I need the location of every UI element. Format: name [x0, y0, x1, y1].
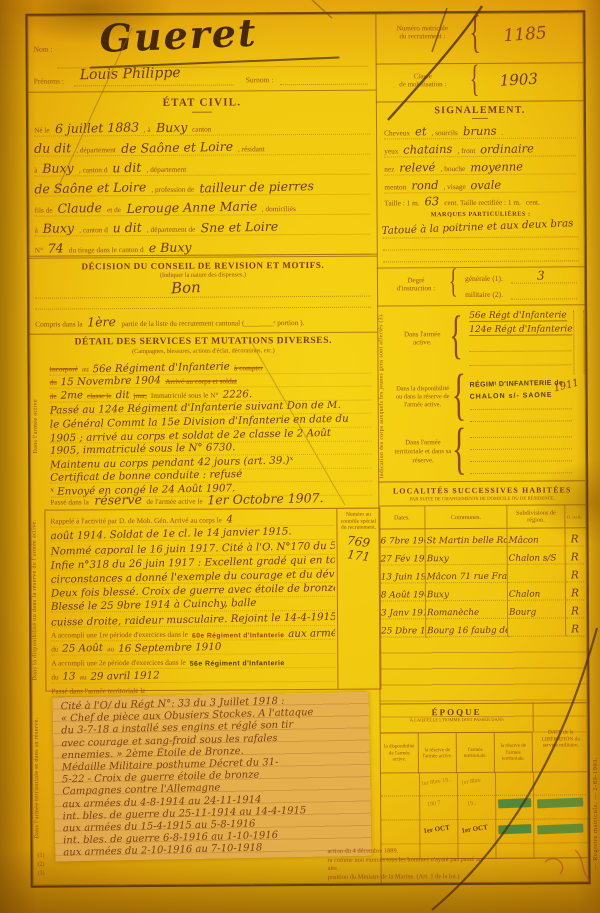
localites-row: 6 7bre 1908 St Martin belle Roche Mâcon … [379, 528, 585, 547]
details-title: DÉTAIL DES SERVICES ET MUTATIONS DIVERSE… [29, 336, 377, 348]
etat-civil-lines: Né le6 juillet 1883, àBuxycantondu dit, … [34, 115, 371, 257]
epoque-grid-h2 [381, 818, 587, 820]
text-segment: Certificat de bonne conduite : refusé [50, 468, 242, 484]
text-segment: de Saône et Loire [34, 179, 146, 196]
text-line: Cheveuxet, sourcilsbruns. [384, 120, 576, 139]
localites-row: 3 Janv 1913 Romanèche Bourg R [380, 600, 586, 619]
text-segment: fils de [35, 206, 53, 216]
surnom-rule [280, 84, 368, 86]
scanned-document-photo: Nom : Gueret Prénoms : Louis Philippe Su… [0, 0, 600, 913]
text-segment: Incorporé [49, 364, 77, 374]
text-segment: , département [76, 145, 116, 155]
text-segment: du [50, 378, 57, 388]
text-segment: à compter [234, 363, 263, 373]
pasted-citation-note: Cité à l'O/ du Régt N°: 33 du 3 Juillet … [53, 692, 372, 862]
localites-col-dr: D. ou R. [565, 505, 583, 527]
degre-divider [377, 304, 585, 306]
text-segment: 25 Août [62, 642, 103, 655]
text-segment: du dit [34, 140, 71, 156]
text-segment: aux armées le 2-10-1916 [288, 625, 335, 639]
text-segment: au [107, 644, 114, 654]
text-line: fils deClaudeet deLerouge Anne Marie, do… [34, 195, 370, 217]
text-segment: partie de la liste du recrutement canton… [121, 318, 304, 329]
text-segment: Blessé le 25 9bre 1914 à Cuinchy, balle [51, 597, 257, 613]
text-segment: et de [107, 205, 121, 215]
text-line: de Saône et Loire, profession detailleur… [34, 175, 370, 197]
text-segment: au [80, 673, 87, 683]
localite-domicile-residence: R [571, 605, 579, 617]
marques-rule-2 [383, 248, 579, 250]
text-segment: 29 avril 1912 [91, 670, 161, 683]
corps-terr-rule-1 [470, 436, 572, 438]
epoque-stamp: 1er 8bre [461, 778, 481, 787]
localites-title: LOCALITÉS SUCCESSIVES HABITÉES [379, 485, 585, 495]
text-segment: au [82, 364, 89, 374]
epoque-col-2: la réserve de l'armée active. [419, 733, 457, 773]
green-mark [498, 798, 531, 808]
active-army-side-label: Dans l'armée active [32, 368, 45, 486]
text-segment: tailleur de pierres [199, 178, 314, 195]
numero-matricule-value: 1185 [503, 23, 548, 46]
text-segment: u dit [113, 220, 142, 236]
decision-rule-1 [35, 296, 371, 299]
localite-date: 8 Août 1909 [381, 590, 426, 600]
text-line: Né le6 juillet 1883, àBuxycanton [34, 115, 370, 137]
corps-active-value-2: 124e Régt d'Infanterie [469, 324, 572, 336]
text-segment: 6 juillet 1883 [55, 119, 139, 136]
right-column: Numéro matricule du recrutement : { 1185… [375, 12, 588, 883]
corps-active-brace: { [449, 307, 463, 368]
prenoms-value: Louis Philippe [80, 65, 181, 83]
epoque-stamp: 1er OCT [423, 823, 450, 835]
marques-rule-3 [383, 260, 579, 262]
text-segment: 1ère [88, 314, 117, 330]
prenoms-rule [74, 84, 234, 86]
corps-active-value-1: 56e Régt d'Infanterie [469, 310, 567, 322]
corps-terr-label: Dans l'armée territoriale et dans sa rés… [394, 439, 452, 466]
etat-civil-title: ÉTAT CIVIL. [28, 96, 376, 110]
text-segment: canton [192, 125, 212, 135]
text-segment: yeux [384, 146, 398, 156]
text-segment: Passé dans la [50, 497, 89, 507]
registre-margin-text: — Registre matricule. — 2-89-1903. [592, 660, 599, 870]
localites-col-dates: Dates. [379, 506, 425, 528]
matricule-sheet: Nom : Gueret Prénoms : Louis Philippe Su… [25, 10, 590, 887]
text-segment: 1905, immatriculé sous le N° 6730. [50, 441, 236, 456]
text-segment: Cheveux [384, 128, 410, 138]
text-segment: 63 [425, 194, 440, 208]
controle-special-column: Numéro au contrôle spécial du recrutemen… [336, 509, 380, 689]
localite-commune: Buxy [427, 590, 449, 600]
text-line: yeuxchatains, frontordinaire [384, 138, 576, 157]
text-line: Taille : 1 m.63cent. Taille rectifiée : … [384, 190, 576, 208]
localites-subtitle: PAR SUITE DE CHANGEMENTS DE DOMICILE OU … [379, 496, 585, 502]
text-segment: moyenne [470, 159, 523, 174]
degre-generale-label: générale (1). [465, 275, 503, 283]
text-segment: du [51, 673, 58, 683]
taille-line: Taille : 1 m.63cent. Taille rectifiée : … [384, 190, 576, 208]
localite-domicile-residence: R [571, 533, 579, 545]
footnote-marker: (3) [38, 870, 45, 879]
left-column: Nom : Gueret Prénoms : Louis Philippe Su… [27, 14, 381, 886]
classe-value: 1903 [499, 70, 538, 90]
marques-value: Tatoué à la poitrine et aux deux bras [381, 217, 581, 237]
text-line: àBuxy, canton du dit, département [34, 155, 370, 177]
chalon-stamp-line-1: RÉGIMᵗ D'INFANTERIE de [470, 380, 564, 389]
text-segment: de Saône et Loire [121, 139, 233, 156]
corps-terr-brace: { [452, 418, 467, 483]
nom-label: Nom : [34, 46, 53, 54]
text-segment: nez [384, 164, 394, 174]
localite-domicile-residence: R [571, 551, 579, 563]
section-divider-2 [29, 332, 377, 335]
text-segment: classe le [87, 391, 112, 401]
degre-militaire-label: militaire (2). [465, 291, 503, 299]
classe-label-2: de mobilisation : [399, 80, 446, 88]
epoque-col-3: l'armée territoriale. [457, 733, 495, 773]
text-segment: , à [144, 125, 151, 135]
text-segment: , domiciliés [262, 204, 296, 214]
controle-special-label: Numéro au contrôle spécial du recrutemen… [337, 509, 379, 535]
degre-militaire-rule [511, 298, 577, 299]
text-segment: 60e Régiment d'Infanterie [192, 632, 284, 640]
localites-row: 8 Août 1909 Buxy Chalon R [380, 582, 586, 601]
epoque-stamp: 190 7 [427, 800, 441, 808]
corps-side-label: Indication des corps auxquels les jeunes… [378, 309, 391, 481]
decision-subtitle: (Indiquer la nature des dispenses.) [29, 271, 377, 280]
text-segment: relevé [399, 160, 435, 175]
classe-label: Classe de mobilisation : [380, 73, 466, 89]
text-segment: août 1914. Soldat de 1e cl. le 14 janvie… [50, 526, 291, 542]
details-subtitle: (Campagnes, blessures, actions d'éclat, … [29, 347, 377, 356]
localites-row: 27 Fév 1909 Buxy Chalon s/S R [380, 546, 586, 565]
localite-domicile-residence: R [571, 569, 579, 581]
signalement-rows: Cheveuxet, sourcilsbruns.yeuxchatains, f… [384, 120, 576, 193]
text-segment: Lerouge Anne Marie [126, 198, 257, 216]
text-segment: 13 [63, 671, 76, 683]
epoque-stamp: 1er 8bre 19.. [421, 777, 452, 787]
green-mark [537, 798, 583, 809]
epoque-date-header: DATE de la LIBÉRATION du service militai… [533, 703, 589, 775]
localite-subdivision: Bourg [509, 608, 536, 618]
footnote-markers: (1)(2)(3) [37, 852, 44, 879]
text-segment: 4 [226, 514, 233, 526]
service-block-2: Rappelé à l'activité par D. de Mob. Gén.… [50, 512, 335, 698]
text-segment: , département de [147, 225, 195, 235]
corps-terr-rule-4 [470, 472, 572, 474]
text-segment: Taille : 1 m. [384, 198, 419, 208]
text-segment: 56e Régiment d'Infanterie [190, 660, 285, 668]
localite-commune: Romanèche [427, 608, 479, 618]
text-segment: Compris dans la [35, 319, 82, 329]
text-segment: , front [458, 146, 476, 156]
text-segment: 74 [48, 240, 64, 255]
signalement-dash [472, 118, 488, 119]
text-segment: du [51, 644, 58, 654]
territoriale-side-label: Dans l'armée territoriale et dans sa rés… [34, 708, 47, 848]
text-segment: 15 Novembre 1904 [61, 374, 162, 388]
text-segment: 1er Octobre 1907. [208, 490, 325, 507]
sig-divider [377, 266, 585, 268]
numero-matricule-label: Numéro matricule du recrutement : [379, 25, 465, 41]
text-segment: Arrivé au corps et soldat [165, 377, 237, 387]
corps-dispo-rule-2 [470, 420, 572, 422]
text-segment: de l'armée active le [146, 497, 202, 507]
text-segment: et [415, 124, 427, 138]
localite-commune: Bourg 16 faubg de Mâcon [427, 626, 508, 637]
footnote-fragment: position du Ministre de la Marine. (Art.… [328, 872, 578, 882]
localite-commune: Mâcon 71 rue Franche [427, 572, 508, 583]
numero-matricule-box: Numéro matricule du recrutement : { 1185 [375, 12, 583, 64]
text-segment: à [34, 166, 37, 176]
epoque-stamp: 1er OCT [461, 823, 488, 835]
epoque-grid-h3 [381, 842, 587, 844]
localite-domicile-residence: R [571, 587, 579, 599]
text-segment: 56e Régiment d'Infanterie [93, 360, 231, 375]
text-segment: Rappelé à l'activité par D. de Mob. Gén.… [50, 516, 222, 527]
corps-terr-rule-3 [470, 460, 572, 462]
prenoms-label: Prénoms : [34, 77, 64, 85]
localites-row: 25 Dbre 1913 Bourg 16 faubg de Mâcon R [380, 618, 586, 637]
text-segment: du tirage dans le canton d [69, 245, 144, 255]
classe-mobilisation-box: Classe de mobilisation : { 1903 [376, 62, 584, 102]
decision-value: Bon [171, 278, 201, 297]
corps-terr-rule-2 [470, 448, 572, 450]
text-line: nezrelevé, bouchemoyenne [384, 156, 576, 175]
marques-rule-1 [383, 236, 579, 238]
localites-col-subdiv: Subdivisions de région. [507, 505, 565, 527]
note-lines: Cité à l'O/ du Régt N°: 33 du 3 Juillet … [61, 695, 372, 859]
localite-domicile-residence: R [571, 623, 579, 635]
repertoire-strip [573, 310, 584, 374]
text-segment: bruns [463, 124, 497, 139]
footnote-marker: (2) [38, 861, 45, 870]
localite-subdivision: Chalon [509, 590, 540, 600]
text-line: Compris dans la1èrepartie de la liste du… [35, 312, 371, 330]
degre-brace: { [449, 262, 458, 302]
text-segment: Né le [34, 126, 50, 136]
localite-date: 27 Fév 1909 [381, 554, 426, 564]
text-segment: de [50, 391, 57, 401]
text-segment: Buxy [155, 120, 187, 136]
localite-date: 13 Juin 1909 [381, 572, 426, 582]
text-segment: u dit [112, 160, 141, 176]
text-segment: cent. [526, 198, 540, 208]
localites-row: 13 Juin 1909 Mâcon 71 rue Franche R [380, 564, 586, 583]
corps-active-rule-3 [469, 350, 571, 352]
service-block-1: Incorporéau56e Régiment d'Infanterieà co… [49, 360, 372, 498]
text-line: àBuxy, canton du dit, département deSne … [35, 215, 371, 237]
text-line: du dit, départementde Saône et Loire, ré… [34, 135, 370, 157]
text-segment: Buxy [43, 220, 75, 236]
degre-generale-value: 3 [537, 269, 545, 283]
header-divider [28, 90, 376, 93]
text-segment: cent. Taille rectifiée : 1 m. [444, 198, 521, 208]
localite-subdivision: Chalon s/S [509, 553, 557, 563]
text-segment: e Buxy [149, 239, 192, 255]
text-segment: , profession de [151, 185, 194, 195]
footnote-fragments: action du 4 décembre 1889.ra comme non e… [327, 846, 577, 882]
localite-date: 3 Janv 1913 [381, 608, 426, 618]
chalon-stamp-line-2: CHALON s/- SAONE [470, 392, 553, 401]
signalement-title: SIGNALEMENT. [376, 104, 584, 116]
numero-matricule-label-2: du recrutement : [400, 32, 446, 40]
localite-date: 6 7bre 1908 [381, 536, 426, 546]
text-segment: Claude [57, 200, 102, 216]
text-segment: 2me [60, 389, 83, 401]
text-segment: Buxy [42, 160, 74, 176]
text-segment: , canton d [79, 225, 108, 235]
text-segment: , résidant [238, 144, 265, 154]
text-segment: A accompli une 2e période d'exercices da… [51, 658, 185, 669]
service-block-2-box: Rappelé à l'activité par D. de Mob. Gén.… [44, 508, 381, 692]
corps-active-label: Dans l'armée active. [395, 331, 449, 347]
corps-active-rule-4 [469, 364, 571, 366]
numero-brace: { [469, 9, 481, 60]
localite-commune: St Martin belle Roche [427, 536, 508, 547]
text-segment: . [501, 128, 503, 138]
text-segment: Maintenu au corps pendant 42 jours (art.… [50, 455, 293, 471]
footnote-marker: (1) [37, 852, 44, 861]
text-segment: N° [35, 246, 43, 256]
epoque-table: ÉPOQUE À LAQUELLE L'HOMME DOIT PASSER DA… [381, 702, 588, 859]
degre-generale-rule [511, 282, 577, 283]
localite-date: 25 Dbre 1913 [381, 626, 426, 636]
compris-line: Compris dans la1èrepartie de la liste du… [35, 312, 371, 330]
surnom-label: Surnom : [246, 76, 274, 84]
green-mark [537, 824, 583, 835]
localite-subdivision: Mâcon [509, 536, 539, 546]
decision-rule-2 [35, 307, 371, 310]
text-segment: , département [146, 165, 186, 175]
text-segment: 16 Septembre 1910 [118, 641, 221, 655]
text-segment: jour, [134, 391, 147, 401]
text-segment: Immatriculé sous le N° [151, 390, 219, 400]
degre-instruction-label: Degré d'instruction : [385, 277, 447, 293]
text-segment: dit [115, 389, 129, 401]
localites-table: LOCALITÉS SUCCESSIVES HABITÉES PAR SUITE… [379, 480, 587, 733]
text-segment: ordinaire [480, 141, 534, 156]
text-segment: chatains [403, 142, 452, 157]
text-segment: 2226. [222, 388, 252, 401]
epoque-subheader-row: la disponibilité de l'armée active. la r… [381, 732, 533, 774]
epoque-col-1: la disponibilité de l'armée active. [381, 733, 419, 773]
localite-commune: Buxy [427, 554, 449, 564]
text-segment: à [35, 226, 38, 236]
text-segment: Sne et Loire [200, 219, 278, 236]
controle-special-values: 769171 [338, 535, 380, 563]
localites-header: Dates. Communes. Subdivisions de région.… [379, 504, 585, 529]
localites-col-communes: Communes. [425, 506, 507, 529]
epoque-stamp: 19.. [467, 800, 477, 807]
decision-title: DÉCISION DU CONSEIL DE REVISION ET MOTIF… [29, 260, 377, 272]
dispo-side-label: Dans la disponibilité ou dans la réserve… [31, 516, 45, 684]
text-segment: , bouche [440, 164, 465, 174]
text-segment: A accompli une 1re période d'exercices d… [51, 629, 188, 640]
localites-rows: 6 7bre 1908 St Martin belle Roche Mâcon … [379, 528, 586, 637]
passe-reserve-line: Passé dans laréservede l'armée active le… [50, 490, 372, 508]
text-segment: réserve [94, 492, 142, 508]
text-line: Passé dans laréservede l'armée active le… [50, 490, 372, 508]
etat-civil-dash [192, 112, 212, 113]
text-segment: , sourcils [431, 128, 457, 138]
classe-brace: { [470, 59, 480, 103]
epoque-grid-h1 [381, 794, 587, 796]
corps-dispo-label: Dans la disponibilité ou dans la réserve… [394, 385, 452, 409]
degre-label-2: d'instruction : [397, 284, 435, 292]
epoque-col-4: la réserve de l'armée territoriale. [495, 733, 533, 773]
green-mark [498, 824, 531, 834]
epoque-header-left: ÉPOQUE À LAQUELLE L'HOMME DOIT PASSER DA… [381, 704, 534, 733]
surname-value: Gueret [99, 10, 259, 61]
epoque-subtitle: À LAQUELLE L'HOMME DOIT PASSER DANS [381, 717, 533, 723]
corps-dispo-rule-1 [470, 408, 572, 410]
text-segment: , canton d [79, 165, 108, 175]
